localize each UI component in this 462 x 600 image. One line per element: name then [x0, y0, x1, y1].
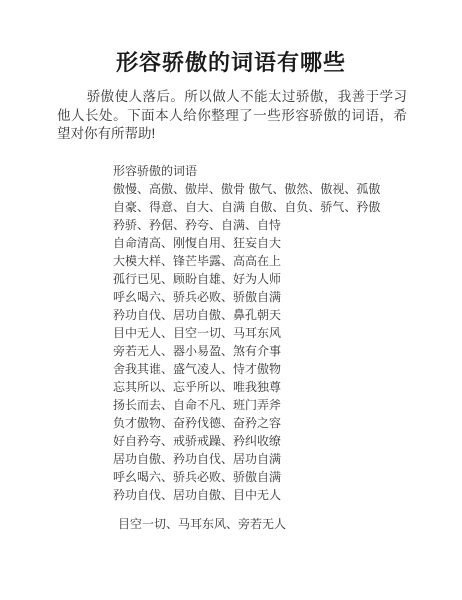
word-line: 好自矜夸、戒骄戒躁、矜纠收缭 — [113, 432, 422, 450]
word-line: 矜功自伐、居功自傲、目中无人 — [113, 486, 422, 504]
word-line: 旁若无人、器小易盈、煞有介事 — [113, 342, 422, 360]
word-line: 矜功自伐、居功自傲、鼻孔朝天 — [113, 306, 422, 324]
intro-paragraph: 骄傲使人落后。所以做人不能太过骄傲，我善于学习他人长处。下面本人给你整理了一些形… — [57, 88, 407, 144]
word-line: 傲慢、高傲、傲岸、傲骨 傲气、傲然、傲视、孤傲 — [113, 180, 422, 198]
word-line: 大模大样、锋芒毕露、高高在上 — [113, 252, 422, 270]
word-line: 孤行已见、顾盼自雄、好为人师 — [113, 270, 422, 288]
word-line: 呼幺喝六、骄兵必败、骄傲自满 — [113, 468, 422, 486]
word-line: 呼幺喝六、骄兵必败、骄傲自满 — [113, 288, 422, 306]
word-list: 傲慢、高傲、傲岸、傲骨 傲气、傲然、傲视、孤傲自豪、得意、自大、自满 自傲、自负… — [113, 180, 422, 504]
word-line: 居功自傲、矜功自伐、居功自满 — [113, 450, 422, 468]
word-line: 忘其所以、忘乎所以、唯我独尊 — [113, 378, 422, 396]
footer-word-line: 目空一切、马耳东风、旁若无人 — [113, 515, 422, 533]
word-line: 扬长而去、自命不凡、班门弄斧 — [113, 396, 422, 414]
word-line: 自豪、得意、自大、自满 自傲、自负、骄气、矜傲 — [113, 198, 422, 216]
word-line: 负才傲物、奋矜伐德、奋矜之容 — [113, 414, 422, 432]
page-title: 形容骄傲的词语有哪些 — [0, 50, 462, 76]
word-line: 自命清高、刚愎自用、狂妄自大 — [113, 234, 422, 252]
word-line: 目中无人、目空一切、马耳东风 — [113, 324, 422, 342]
section-heading: 形容骄傲的词语 — [113, 162, 422, 180]
word-line: 矜骄、矜倨、矜夸、自满、自恃 — [113, 216, 422, 234]
document-page: 形容骄傲的词语有哪些 骄傲使人落后。所以做人不能太过骄傲，我善于学习他人长处。下… — [0, 0, 462, 600]
word-line: 舍我其谁、盛气凌人、恃才傲物 — [113, 360, 422, 378]
word-list-section: 形容骄傲的词语 傲慢、高傲、傲岸、傲骨 傲气、傲然、傲视、孤傲自豪、得意、自大、… — [113, 162, 422, 533]
